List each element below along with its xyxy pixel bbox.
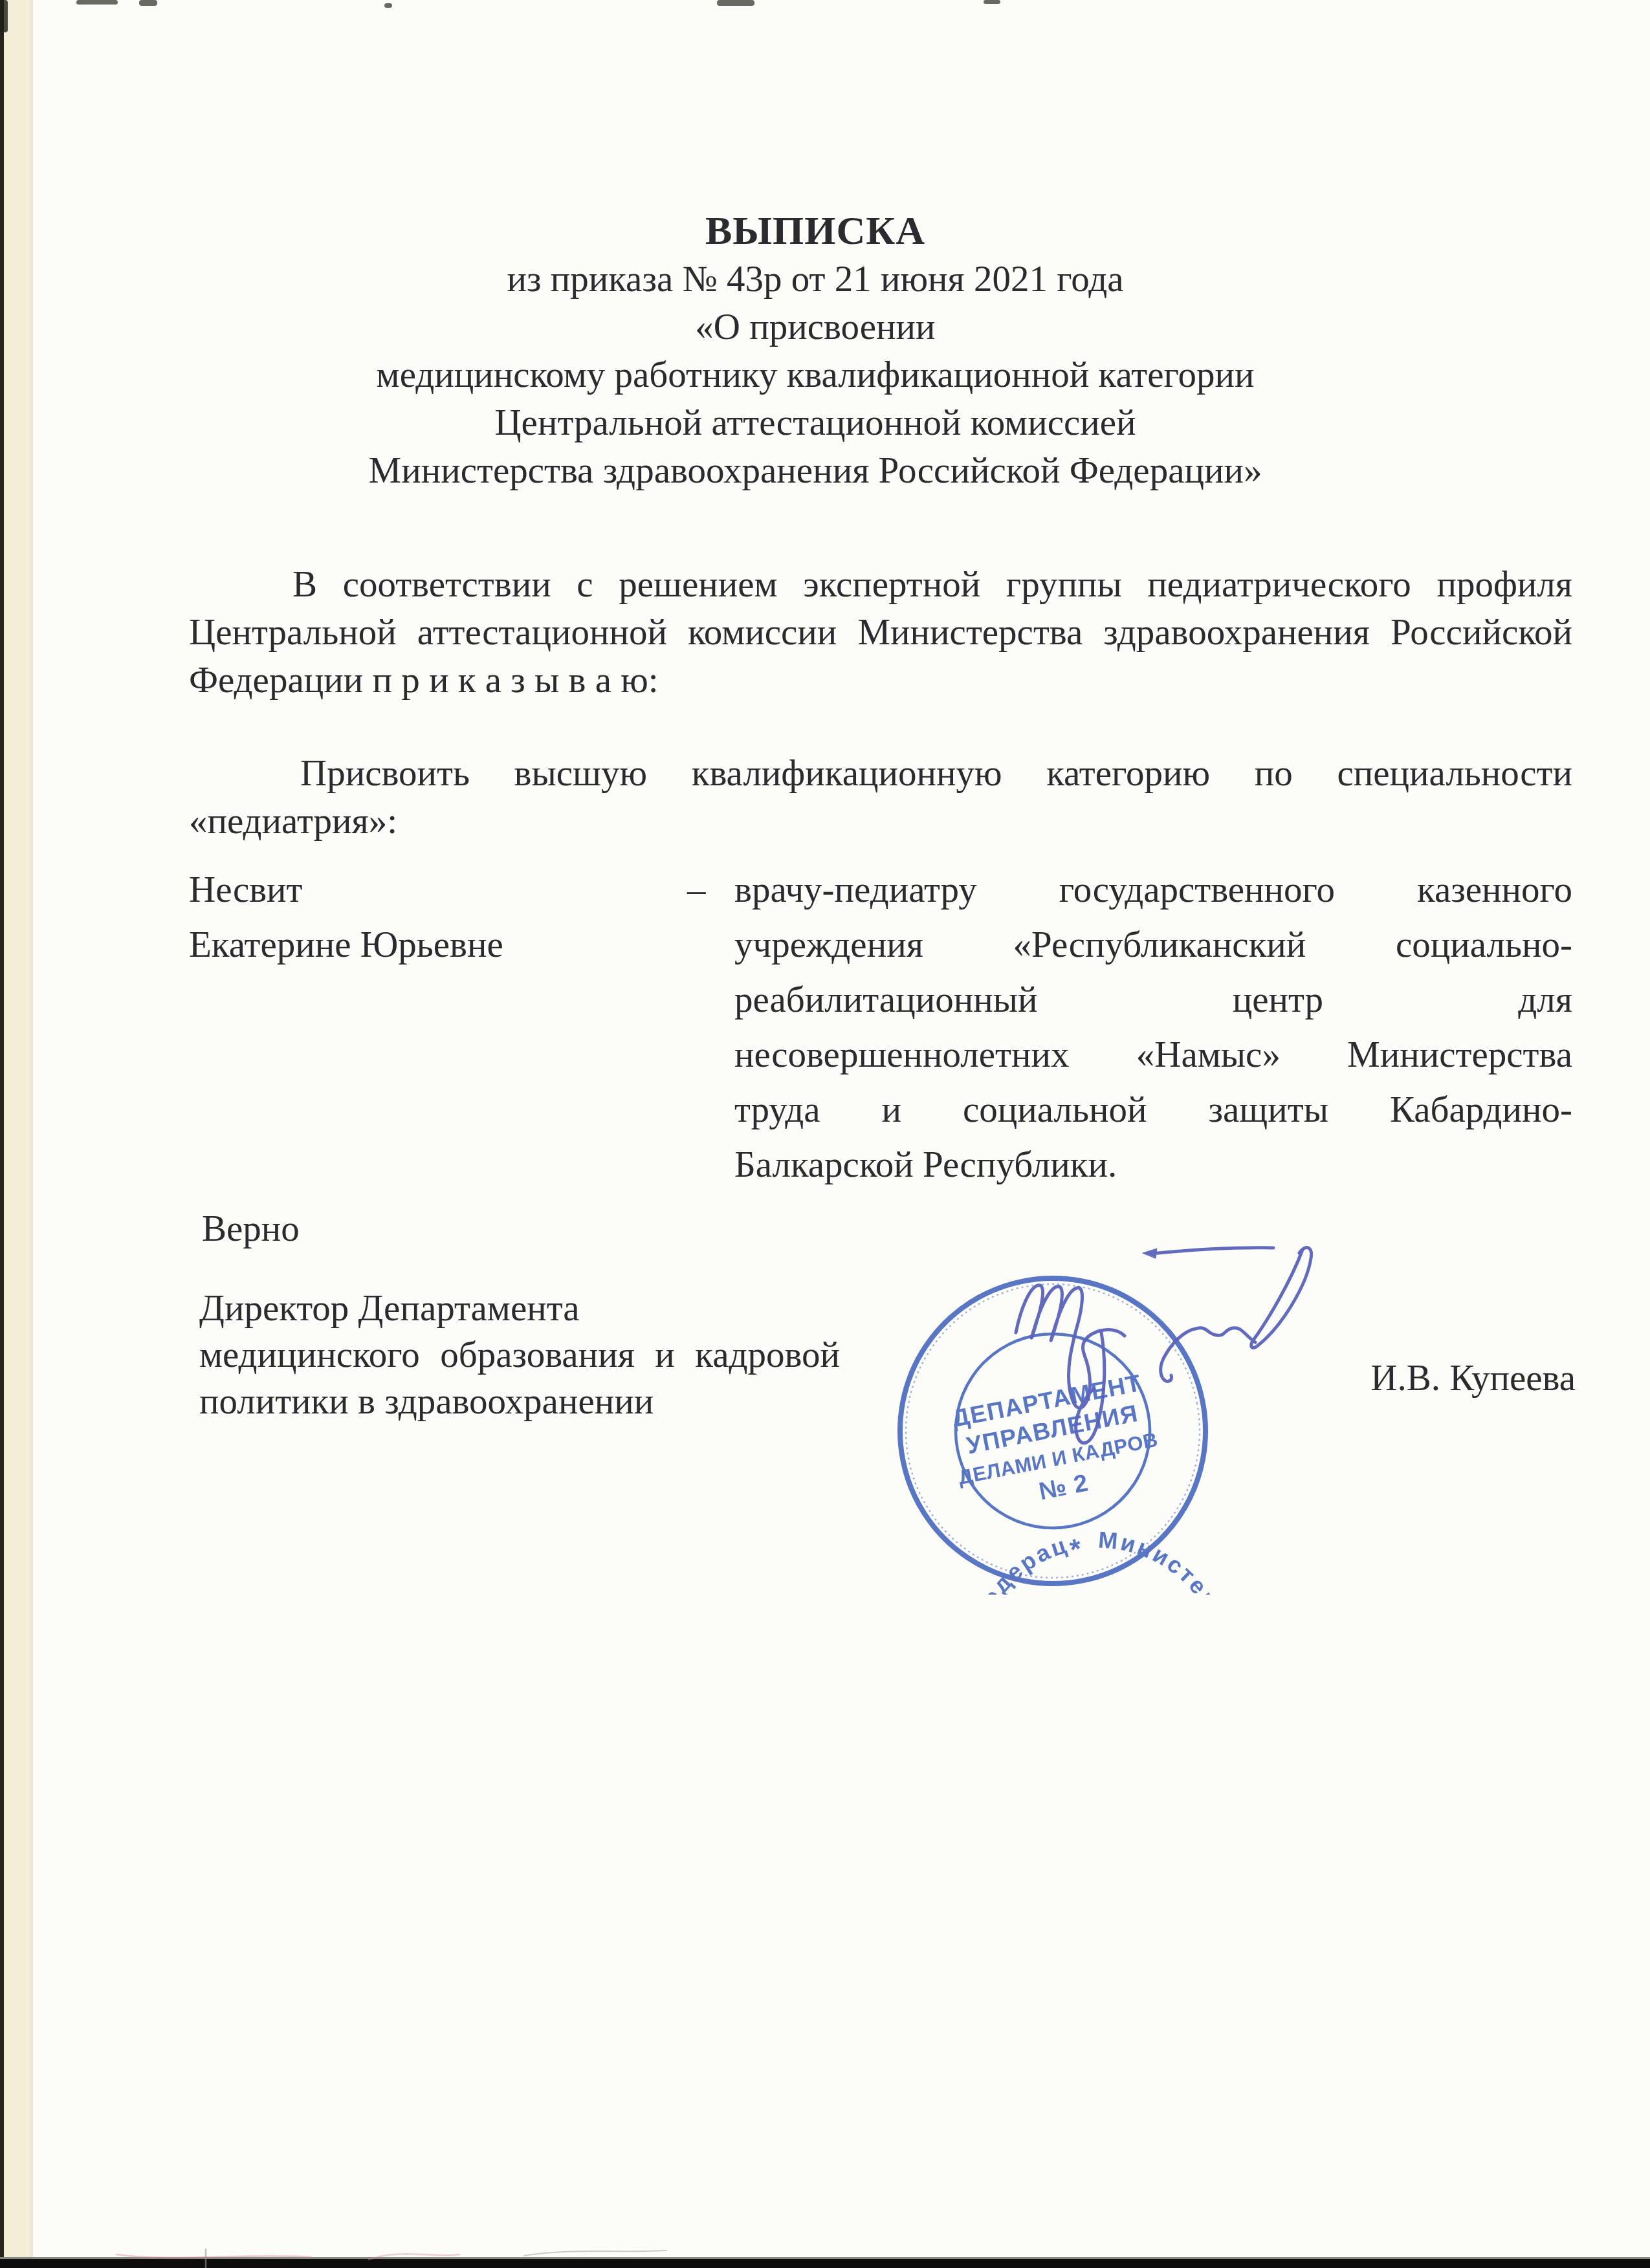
scan-smudge — [984, 0, 1000, 4]
paragraph1-line1: В соответствии с решением экспертной гру… — [189, 563, 1572, 606]
scan-smudge — [76, 0, 118, 5]
scanner-edge-strip — [0, 0, 30, 2268]
director-title-line2: медицинского образования и кадровой — [199, 1333, 840, 1377]
signature-stroke — [1152, 1248, 1273, 1254]
assignment-dash: – — [687, 868, 706, 911]
gray-scratch — [524, 2251, 666, 2256]
assignment-desc-line6: Балкарской Республики. — [734, 1143, 1117, 1186]
pink-scratch — [369, 2254, 459, 2260]
header-line-order-ref: из приказа № 43р от 21 июня 2021 года — [123, 257, 1508, 301]
director-title-line3: политики в здравоохранении — [199, 1380, 654, 1423]
assignment-desc-line1: врачу-педиатру государственного казенног… — [734, 868, 1572, 911]
scan-smudge — [139, 0, 157, 6]
verno-label: Верно — [202, 1207, 300, 1250]
signature-stroke — [1143, 1248, 1157, 1258]
scanner-edge-line — [0, 0, 4, 2268]
paragraph2-line1: Присвоить высшую квалификационную катего… — [189, 752, 1572, 795]
assignment-desc-line4: несовершеннолетних «Намыс» Министерства — [734, 1033, 1572, 1076]
pink-scratch — [116, 2254, 311, 2258]
paper-edge-shadow — [30, 0, 33, 2268]
handwritten-signature — [964, 1219, 1365, 1472]
paragraph1-line3: Федерации п р и к а з ы в а ю: — [189, 659, 659, 702]
stamp-center-line4: № 2 — [1037, 1469, 1091, 1505]
header-line-subject-4: Министерства здравоохранения Российской … — [123, 449, 1508, 492]
signature-stroke — [1161, 1328, 1255, 1382]
bottom-scan-scratches — [97, 2235, 744, 2268]
scan-smudge — [384, 3, 392, 8]
signature-stroke — [1016, 1285, 1125, 1408]
assignment-desc-line5: труда и социальной защиты Кабардино- — [734, 1088, 1572, 1131]
recipient-name-patronymic: Екатерине Юрьевне — [189, 923, 503, 966]
signature-stroke — [1251, 1248, 1312, 1348]
scanned-document-page: ВЫПИСКА из приказа № 43р от 21 июня 2021… — [0, 0, 1650, 2268]
header-line-subject-1: «О присвоении — [123, 305, 1508, 349]
scan-smudge — [717, 0, 754, 6]
header-line-subject-3: Центральной аттестационной комиссией — [123, 401, 1508, 444]
assignment-desc-line2: учреждения «Республиканский социально- — [734, 923, 1572, 966]
scan-smudge — [0, 0, 8, 32]
paragraph2-line2: «педиатрия»: — [189, 800, 397, 843]
header-line-subject-2: медицинскому работнику квалификационной … — [123, 353, 1508, 397]
paragraph1-line2: Центральной аттестационной комиссии Мини… — [189, 611, 1572, 654]
assignment-desc-line3: реабилитационный центр для — [734, 978, 1572, 1021]
document-title: ВЫПИСКА — [123, 208, 1508, 254]
director-title-line1: Директор Департамента — [199, 1287, 580, 1330]
recipient-surname: Несвит — [189, 868, 303, 911]
stamp-star-separator: * — [1068, 1532, 1085, 1566]
